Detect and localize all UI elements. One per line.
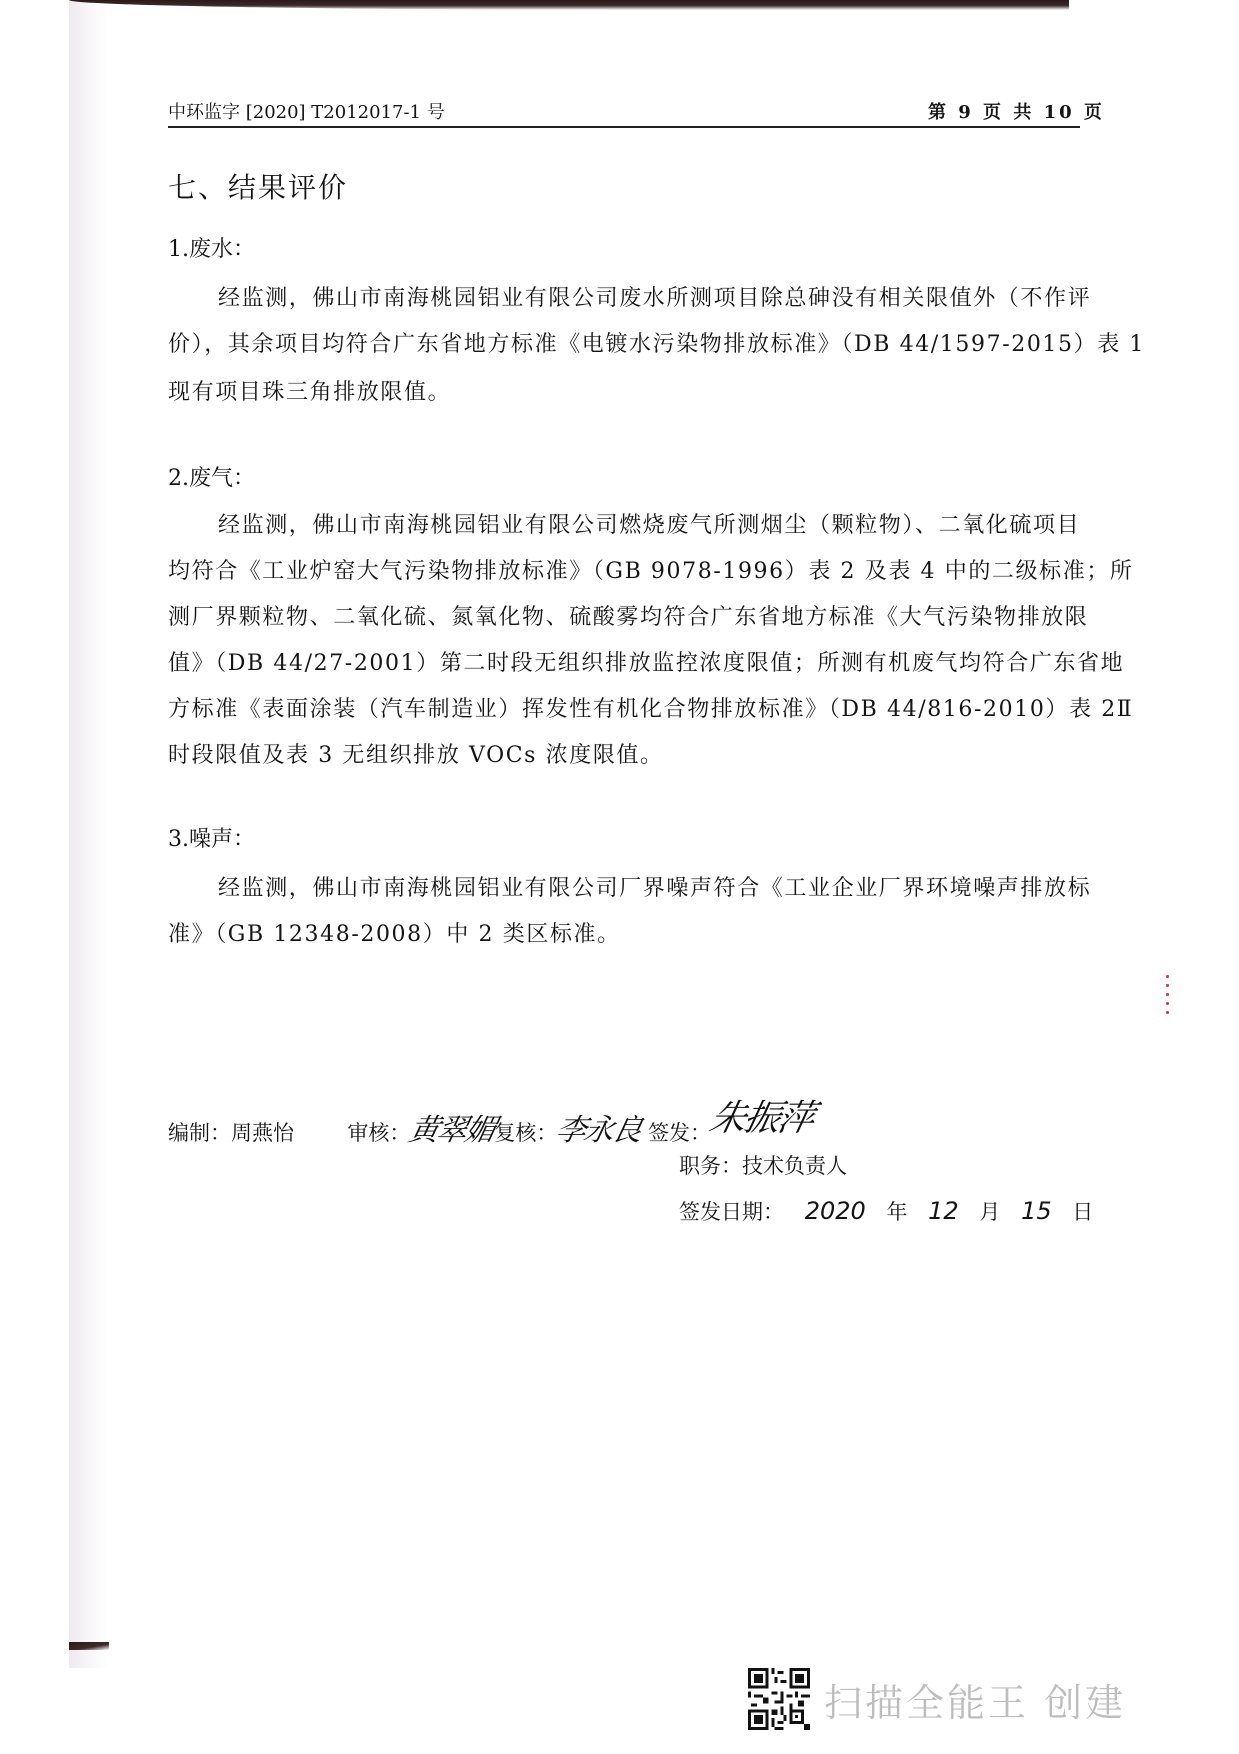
subsection-heading-exhaust-gas: 2.废气：	[168, 461, 255, 492]
paragraph-line: 经监测，佛山市南海桃园铝业有限公司厂界噪声符合《工业企业厂界环境噪声排放标	[218, 871, 1080, 902]
paragraph-line: 方标准《表面涂装（汽车制造业）挥发性有机化合物排放标准》（DB 44/816-2…	[168, 692, 1080, 723]
paragraph-line: 时段限值及表 3 无组织排放 VOCs 浓度限值。	[168, 738, 664, 769]
rechecked-signature: 李永良	[553, 1105, 646, 1149]
watermark-text: 扫描全能王 创建	[824, 1672, 1126, 1727]
paragraph-line: 经监测，佛山市南海桃园铝业有限公司燃烧废气所测烟尘（颗粒物）、二氧化硫项目	[218, 508, 1080, 539]
position-label: 职务：	[679, 1154, 742, 1178]
issue-date-row: 签发日期： 2020 年 12 月 15 日	[679, 1196, 1093, 1226]
section-title: 七、结果评价	[168, 166, 348, 206]
qr-code-icon	[748, 1668, 810, 1730]
issued-label: 签发：	[648, 1117, 711, 1147]
issue-date-label: 签发日期：	[679, 1200, 784, 1224]
subsection-heading-noise: 3.噪声：	[168, 822, 255, 853]
red-stamp-edge-marks	[1166, 975, 1170, 1020]
signature-row: 编制：周燕怡 审核：黄翠媚复核：李永良 签发：朱振萍	[168, 1100, 813, 1151]
header-divider	[168, 126, 1080, 128]
paragraph-line: 均符合《工业炉窑大气污染物排放标准》（GB 9078-1996）表 2 及表 4…	[168, 554, 1080, 585]
scanner-watermark: 扫描全能王 创建	[748, 1668, 1126, 1730]
reviewed-signature: 黄翠媚	[406, 1105, 499, 1149]
rechecked-label: 复核：	[494, 1117, 557, 1147]
month-unit: 月	[979, 1200, 1000, 1224]
year-unit: 年	[886, 1200, 907, 1224]
subsection-heading-wastewater: 1.废水：	[168, 232, 255, 263]
position-row: 职务：技术负责人	[679, 1150, 847, 1180]
page-indicator: 第 9 页 共 10 页	[928, 98, 1105, 124]
issue-month: 12	[928, 1197, 959, 1225]
issued-signature: 朱振萍	[706, 1090, 819, 1141]
issue-day: 15	[1021, 1197, 1052, 1225]
paragraph-line: 值》（DB 44/27-2001）第二时段无组织排放监控浓度限值；所测有机废气均…	[168, 646, 1080, 677]
reviewed-label: 审核：	[347, 1117, 410, 1147]
paragraph-line: 现有项目珠三角排放限值。	[168, 375, 451, 406]
paragraph-line: 准》（GB 12348-2008）中 2 类区标准。	[168, 917, 621, 948]
paragraph-line: 价），其余项目均符合广东省地方标准《电镀水污染物排放标准》（DB 44/1597…	[168, 327, 1080, 358]
paragraph-line: 经监测，佛山市南海桃园铝业有限公司废水所测项目除总砷没有相关限值外（不作评	[218, 281, 1080, 312]
paragraph-line: 测厂界颗粒物、二氧化硫、氮氧化物、硫酸雾均符合广东省地方标准《大气污染物排放限	[168, 600, 1080, 631]
document-number: 中环监字 [2020] T2012017-1 号	[168, 98, 445, 124]
scan-edge-shadow-bottom	[69, 1642, 109, 1650]
issue-year: 2020	[805, 1197, 866, 1225]
compiled-label: 编制：	[168, 1117, 231, 1147]
compiled-name: 周燕怡	[231, 1117, 294, 1147]
day-unit: 日	[1072, 1200, 1093, 1224]
position-value: 技术负责人	[742, 1154, 847, 1178]
